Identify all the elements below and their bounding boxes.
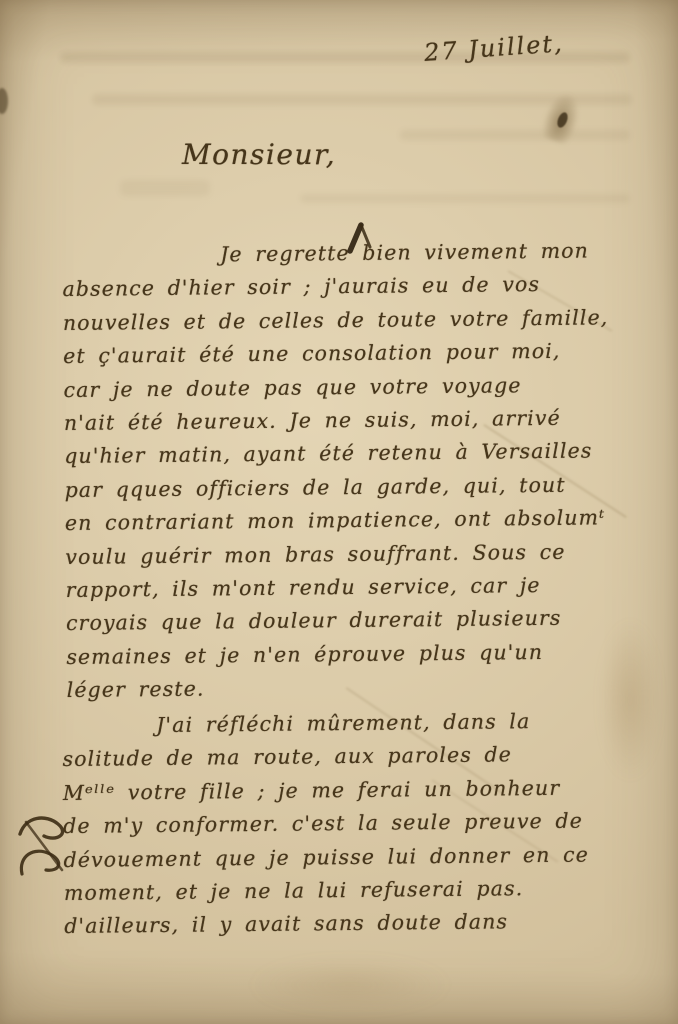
letter-salutation: Monsieur, (182, 138, 336, 171)
body-line: solitude de ma route, aux paroles de (62, 738, 588, 777)
body-line: nouvelles et de celles de toute votre fa… (63, 301, 609, 340)
body-line: car je ne doute pas que votre voyage (63, 368, 609, 407)
body-line: qu'hier matin, ayant été retenu à Versai… (64, 435, 610, 474)
body-line: par qques officiers de la garde, qui, to… (64, 468, 610, 507)
body-line: n'ait été heureux. Je ne suis, moi, arri… (64, 401, 610, 440)
body-line: Mᵉˡˡᵉ votre fille ; je me ferai un bonhe… (63, 771, 589, 810)
body-line: en contrariant mon impatience, ont absol… (65, 501, 611, 540)
body-line: Je regrette bien vivement mon (62, 234, 608, 273)
body-line: de m'y conformer. c'est la seule preuve … (63, 805, 589, 844)
body-line: dévouement que je puisse lui donner en c… (63, 838, 589, 877)
body-line: moment, et je ne la lui refuserai pas. (64, 871, 590, 910)
letter-paragraph-1: Je regrette bien vivement mon absence d'… (62, 234, 612, 707)
body-line: J'ai réfléchi mûrement, dans la (62, 704, 588, 743)
body-line: absence d'hier soir ; j'aurais eu de vos (62, 268, 608, 307)
body-line: léger reste. (67, 668, 613, 707)
letter-paragraph-2: J'ai réfléchi mûrement, dans la solitude… (62, 704, 590, 943)
body-line: rapport, ils m'ont rendu service, car je (65, 568, 611, 607)
body-line: voulu guérir mon bras souffrant. Sous ce (65, 535, 611, 574)
body-line: et ç'aurait été une consolation pour moi… (63, 334, 609, 373)
body-line: croyais que la douleur durerait plusieur… (66, 602, 612, 641)
body-line: d'ailleurs, il y avait sans doute dans (64, 905, 590, 944)
body-line: semaines et je n'en éprouve plus qu'un (66, 635, 612, 674)
